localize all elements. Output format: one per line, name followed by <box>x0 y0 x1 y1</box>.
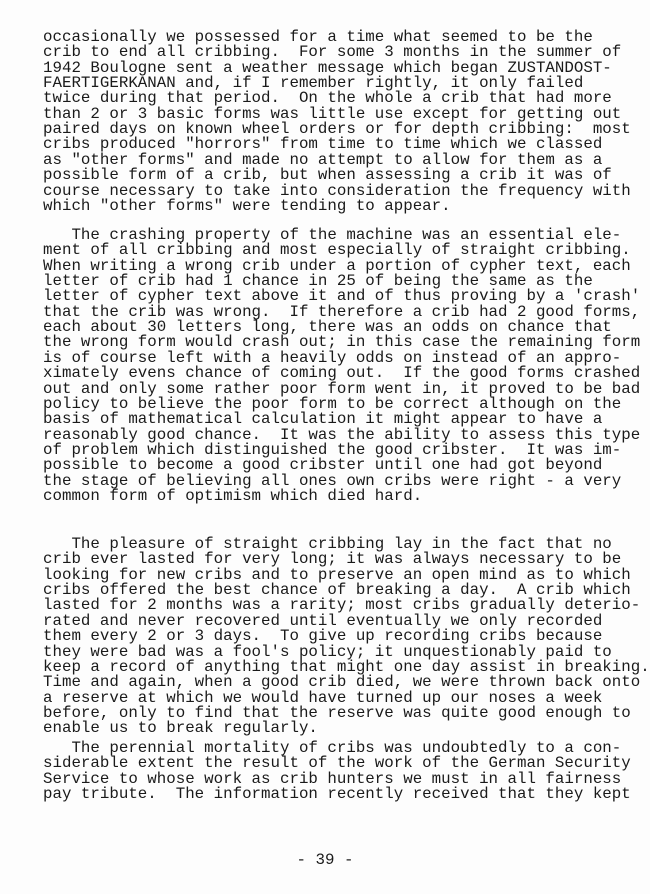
page-number: - 39 - <box>0 851 650 869</box>
text-line: possible form of a crib, but when assess… <box>43 168 612 183</box>
text-line: pay tribute. The information recently re… <box>43 787 631 802</box>
text-line: basis of mathematical calculation it mig… <box>43 412 602 427</box>
text-line: Time and again, when a good crib died, w… <box>43 675 640 690</box>
text-line: enable us to break regularly. <box>43 721 318 736</box>
document-page: occasionally we possessed for a time wha… <box>0 0 650 894</box>
text-line: them every 2 or 3 days. To give up recor… <box>43 629 602 644</box>
text-line: common form of optimism which died hard. <box>43 489 422 504</box>
text-line: ximately evens chance of coming out. If … <box>43 366 640 381</box>
text-line: which "other forms" were tending to appe… <box>43 199 451 214</box>
